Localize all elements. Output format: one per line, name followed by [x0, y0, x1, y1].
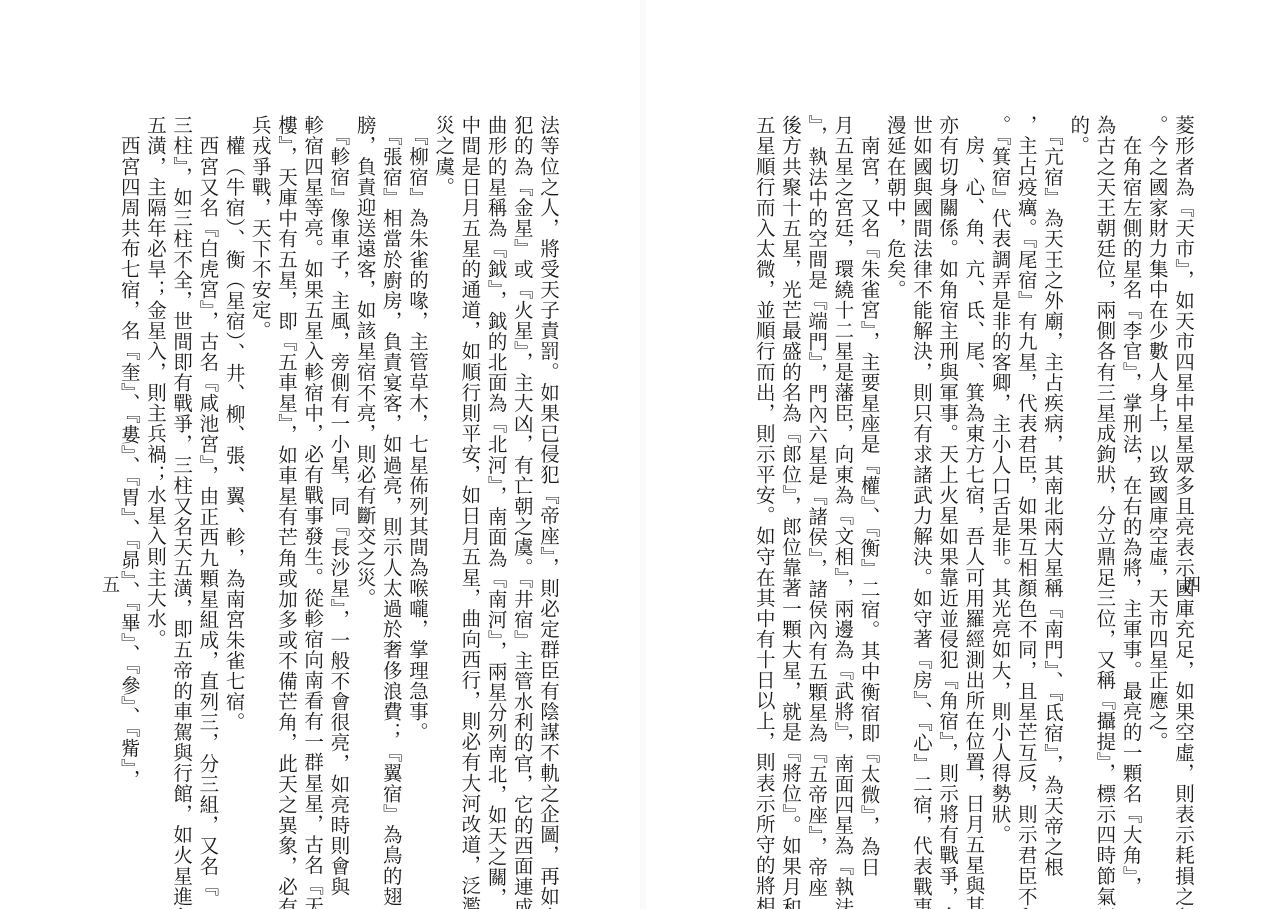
left-page: 法等位之人，將受天子責罰。如果已侵犯『帝座』，則必定群臣有陰謀不軌之企圖，再如來…: [0, 0, 643, 909]
text-column: 兵戎爭戰，天下不安定。: [247, 115, 273, 805]
page-number: 五: [96, 575, 122, 593]
text-column: 菱形者為『天市』，如天市四星中星星眾多且亮表示國庫充足，如果空虛，則表示耗損之象: [1170, 115, 1196, 805]
page-number: 四: [1177, 575, 1203, 593]
text-column: 後方共聚十五星，光芒最盛的名為『郎位』，郎位靠著一顆大星，就是『將位』。如果月和: [777, 115, 803, 805]
text-column: 曲形的星稱為『鉞』，鉞的北面為『北河』，南面為『南河』，兩星分列南北，如天之關，: [482, 115, 508, 805]
text-column: 膀，負責迎送遠客，如該星宿不亮，則必有斷交之災。: [351, 115, 377, 805]
text-column: 『張宿』相當於廚房，負責宴客，如過亮，則示人太過於奢侈浪費；『翼宿』為鳥的翅: [378, 115, 404, 805]
text-column: 漫延在朝中，危矣。: [882, 115, 908, 805]
text-column: 為古之天王朝廷位，兩側各有三星成鉤狀，分立鼎足三位，又稱『攝提』，標示四時節氣用: [1091, 115, 1117, 805]
text-column: 軫宿四星等亮。如果五星入軫宿中，必有戰事發生。從軫宿向南看有一群星星，古名『天庫: [299, 115, 325, 805]
right-page-text: 菱形者為『天市』，如天市四星中星星眾多且亮表示國庫充足，如果空虛，則表示耗損之象…: [751, 115, 1196, 805]
text-column: 災之虞。: [430, 115, 456, 805]
text-column: 月五星之宮廷，環繞十二星是藩臣，向東為『文相』，兩邊為『武將』，南面四星為『執法: [829, 115, 855, 805]
text-column: 樓』，天庫中有五星，即『五車星』，如車星有芒角或加多或不備芒角，此天之異象，必有: [273, 115, 299, 805]
text-column: 世如國與國間法律不能解決，則只有求諸武力解決。如守著『房』、『心』二宿，代表戰事: [908, 115, 934, 805]
text-column: 房、心、角、亢、氐、尾、箕為東方七宿，吾人可用羅經測出所在位置，日月五星與其: [960, 115, 986, 805]
text-column: 五潢，主隔年必旱；金星入，則主兵禍；水星入則主大水。: [142, 115, 168, 805]
text-column: 中間是日月五星的通道，如順行則平安，如日月五星，曲向西行，則必有大河改道，泛濫成: [456, 115, 482, 805]
text-column: 的。: [1065, 115, 1091, 805]
right-page: 菱形者為『天市』，如天市四星中星星眾多且亮表示國庫充足，如果空虛，則表示耗損之象…: [643, 0, 1286, 909]
text-column: 西宮又名『白虎宮』，古名『咸池宮』，由正西九顆星組成，直列三，分三組，又名『: [194, 115, 220, 805]
left-page-text: 法等位之人，將受天子責罰。如果已侵犯『帝座』，則必定群臣有陰謀不軌之企圖，再如來…: [116, 115, 561, 805]
text-column: 在角宿左側的星名『李官』，掌刑法，在右的為將，主軍事。最亮的一顆名『大角』，: [1117, 115, 1143, 805]
text-column: 犯的為『金星』或『火星』，主大凶，有亡朝之虞。『井宿』主管水利的官，它的西面連成: [509, 115, 535, 805]
text-column: 『柳宿』為朱雀的喙，主管草木，七星佈列其間為喉嚨，掌理急事。: [404, 115, 430, 805]
text-column: 法等位之人，將受天子責罰。如果已侵犯『帝座』，則必定群臣有陰謀不軌之企圖，再如來: [535, 115, 561, 805]
text-column: 五星順行而入太微，並順行而出，則示平安。如守在其中有十日以上，則表示所守的將相執: [751, 115, 777, 805]
text-column: 『亢宿』為天王之外廟，主占疾病，其南北兩大星稱『南門』、『氐宿』，為天帝之根: [1039, 115, 1065, 805]
text-column: 『軫宿』像車子，主風，旁側有一小星，同『長沙星』，一般不會很亮，如亮時則會與: [325, 115, 351, 805]
text-column: 西宮四周共布七宿，名『奎』、『婁』、『胃』、『昴』、『畢』、『參』、『觜』，: [116, 115, 142, 805]
text-column: 』，執法中的空間是『端門』，門內六星是『諸侯』，諸侯內有五顆星為『五帝座』，帝座: [803, 115, 829, 805]
text-column: 南宮，又名『朱雀宮』，主要星座是『權』、『衡』二宿。其中衡宿即『太微』，為日: [855, 115, 881, 805]
text-column: 。『箕宿』代表調弄是非的客卿，主小人口舌是非。其光亮如大，則小人得勢狀。: [986, 115, 1012, 805]
text-column: 三柱』，如三柱不全，世間即有戰爭，三柱又名天五潢，即五帝的車駕與行館，如火星進入: [168, 115, 194, 805]
text-column: 亦有切身關係。如角宿主刑與軍事。天上火星如果靠近並侵犯『角宿』，則示將有戰爭，今: [934, 115, 960, 805]
text-column: 權（牛宿）、衡（星宿）、井、柳、張、翼、軫，為南宮朱雀七宿。: [220, 115, 246, 805]
text-column: 。今之國家財力集中在少數人身上，以致國庫空虛，天市四星正應之。: [1144, 115, 1170, 805]
text-column: ，主占疫癘。『尾宿』有九星，代表君臣，如果互相顏色不同，且星芒互反，則示君臣不和: [1013, 115, 1039, 805]
